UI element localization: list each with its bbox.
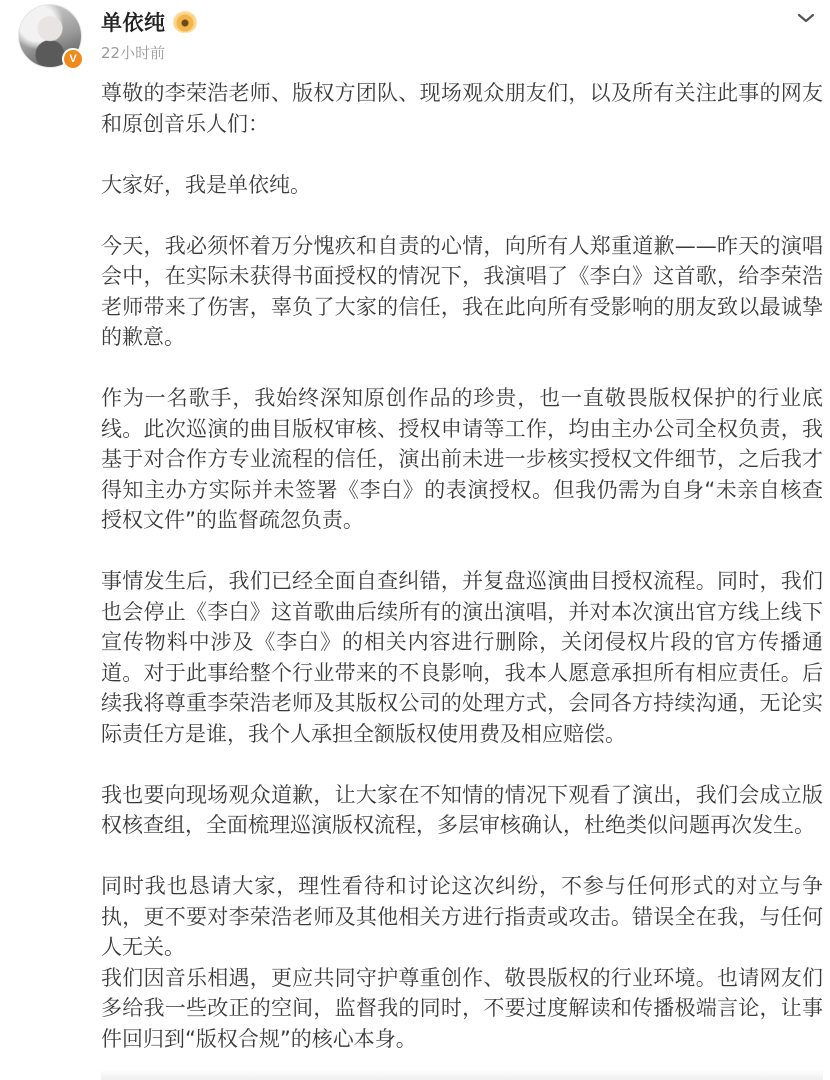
paragraph-audience-apology: 我也要向现场观众道歉，让大家在不知情的情况下观看了演出，我们会成立版权核查组，全… — [101, 780, 823, 841]
paragraph-actions: 事情发生后，我们已经全面自查纠错，并复盘巡演曲目授权流程。同时，我们也会停止《李… — [101, 566, 823, 749]
post-timestamp: 22小时前 — [101, 42, 165, 63]
verified-badge-icon: V — [62, 48, 84, 70]
avatar-container[interactable]: V — [18, 4, 82, 68]
username[interactable]: 单依纯 — [101, 7, 166, 37]
post-menu-button[interactable] — [794, 6, 818, 30]
paragraph-apology: 今天，我必须怀着万分愧疚和自责的心情，向所有人郑重道歉——昨天的演唱会中，在实际… — [101, 231, 823, 353]
username-row: 单依纯 — [101, 8, 196, 36]
crown-member-icon — [174, 12, 196, 32]
weibo-post: V 单依纯 22小时前 尊敬的李荣浩老师、版权方团队、现场观众朋友们，以及所有关… — [0, 0, 830, 1080]
paragraph-request: 同时我也恳请大家，理性看待和讨论这次纠纷，不参与任何形式的对立与争执，更不要对李… — [101, 871, 823, 963]
chevron-down-icon — [797, 12, 815, 24]
post-header: V 单依纯 22小时前 — [0, 0, 830, 72]
paragraph-salutation: 尊敬的李荣浩老师、版权方团队、现场观众朋友们，以及所有关注此事的网友和原创音乐人… — [101, 78, 823, 139]
paragraph-closing: 我们因音乐相遇，更应共同守护尊重创作、敬畏版权的行业环境。也请网友们多给我一些改… — [101, 963, 823, 1055]
cut-off-text-line — [101, 1070, 823, 1080]
paragraph-explanation: 作为一名歌手，我始终深知原创作品的珍贵，也一直敬畏版权保护的行业底线。此次巡演的… — [101, 383, 823, 536]
paragraph-greeting: 大家好，我是单依纯。 — [101, 170, 823, 201]
post-body: 尊敬的李荣浩老师、版权方团队、现场观众朋友们，以及所有关注此事的网友和原创音乐人… — [101, 78, 823, 1080]
